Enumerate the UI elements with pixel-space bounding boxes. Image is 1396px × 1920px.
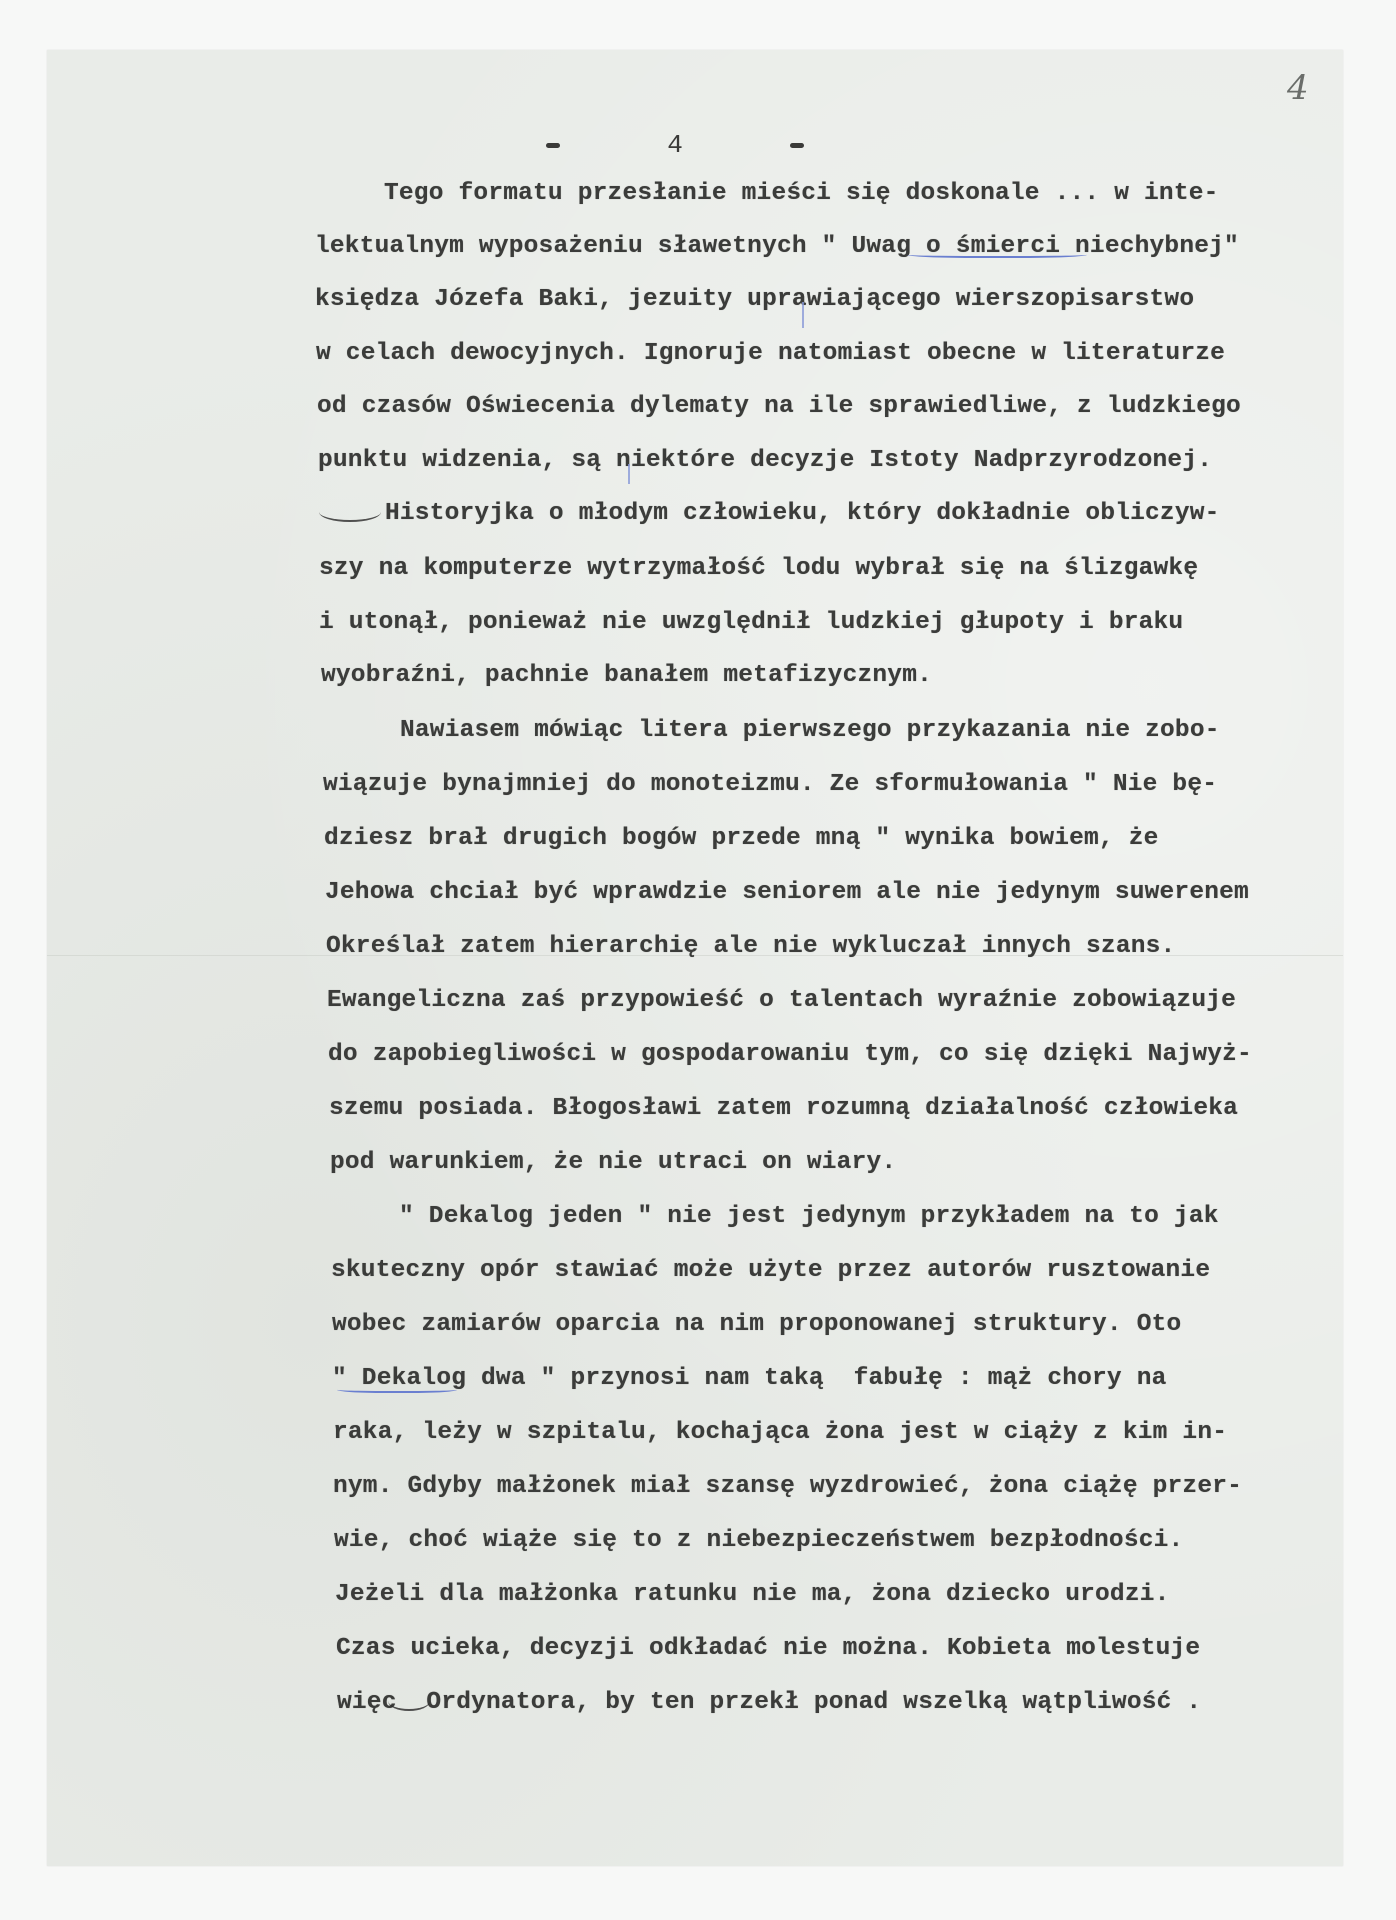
strikeout-mark xyxy=(319,502,381,522)
text-line: szemu posiada. Błogosławi zatem rozumną … xyxy=(329,1095,1238,1122)
blue-underline-uwag xyxy=(907,250,1087,258)
text-line: Czas ucieka, decyzji odkładać nie można.… xyxy=(336,1635,1200,1662)
strikeout-mark xyxy=(388,1691,430,1711)
text-line: raka, leży w szpitalu, kochająca żona je… xyxy=(333,1419,1227,1446)
text-line: księdza Józefa Baki, jezuity uprawiające… xyxy=(315,286,1194,313)
typewritten-page: 4 4 Tego formatu przesłanie mieści się d… xyxy=(47,50,1343,1866)
text-line: i utonął, ponieważ nie uwzględnił ludzki… xyxy=(319,609,1183,636)
text-line: do zapobiegliwości w gospodarowaniu tym,… xyxy=(328,1041,1252,1068)
typed-page-number: 4 xyxy=(667,130,683,160)
typed-page-header: 4 xyxy=(47,130,1343,160)
dash-right xyxy=(790,143,804,148)
text-line: Nawiasem mówiąc litera pierwszego przyka… xyxy=(400,717,1220,744)
text-line: więc Ordynatora, by ten przekł ponad wsz… xyxy=(337,1689,1201,1716)
text-line: wobec zamiarów oparcia na nim proponowan… xyxy=(332,1311,1181,1338)
text-line: nym. Gdyby małżonek miał szansę wyzdrowi… xyxy=(333,1473,1242,1500)
dash-left xyxy=(546,143,560,148)
text-line: Określał zatem hierarchię ale nie wykluc… xyxy=(326,933,1175,960)
text-line: lektualnym wyposażeniu sławetnych " Uwag… xyxy=(315,233,1239,260)
text-line: Tego formatu przesłanie mieści się dosko… xyxy=(384,180,1219,207)
text-line: Historyjka o młodym człowieku, który dok… xyxy=(385,500,1220,527)
text-line: od czasów Oświecenia dylematy na ile spr… xyxy=(317,393,1241,420)
text-line: " Dekalog jeden " nie jest jedynym przyk… xyxy=(399,1203,1219,1230)
blue-underline-dekalog-dwa xyxy=(337,1385,457,1393)
text-line: Jehowa chciał być wprawdzie seniorem ale… xyxy=(325,879,1249,906)
handwritten-page-number: 4 xyxy=(1287,68,1309,108)
text-line: punktu widzenia, są niektóre decyzje Ist… xyxy=(318,447,1212,474)
text-line: wyobraźni, pachnie banałem metafizycznym… xyxy=(321,662,932,689)
text-line: dziesz brał drugich bogów przede mną " w… xyxy=(324,825,1159,852)
blue-correction-mark xyxy=(628,464,630,484)
text-line: szy na komputerze wytrzymałość lodu wybr… xyxy=(319,555,1198,582)
text-line: skuteczny opór stawiać może użyte przez … xyxy=(331,1257,1210,1284)
text-line: " Dekalog dwa " przynosi nam taką fabułę… xyxy=(332,1365,1167,1392)
text-line: wie, choć wiąże się to z niebezpieczeńst… xyxy=(334,1527,1183,1554)
text-line: Ewangeliczna zaś przypowieść o talentach… xyxy=(327,987,1236,1014)
text-line: wiązuje bynajmniej do monoteizmu. Ze sfo… xyxy=(323,771,1217,798)
text-line: pod warunkiem, że nie utraci on wiary. xyxy=(330,1149,896,1176)
text-line: Jeżeli dla małżonka ratunku nie ma, żona… xyxy=(335,1581,1170,1608)
text-line: w celach dewocyjnych. Ignoruje natomiast… xyxy=(316,340,1225,367)
blue-correction-mark xyxy=(802,302,804,328)
